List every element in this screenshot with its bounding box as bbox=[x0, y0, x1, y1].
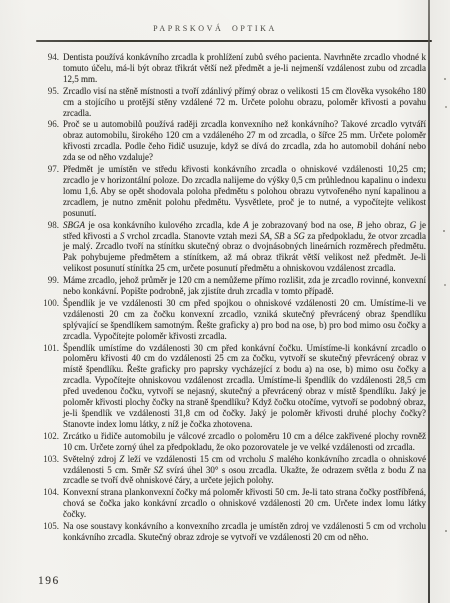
problem-text: Zrcátko u řidiče automobilu je válcové z… bbox=[63, 431, 426, 453]
problem-number: 100. bbox=[33, 298, 63, 342]
problem-number: 104. bbox=[33, 487, 63, 520]
problem-item-96: 96. Proč se u automobilů používá raději … bbox=[33, 119, 426, 163]
problem-number: 103. bbox=[33, 454, 63, 487]
problem-text: Zrcadlo visí na stěně místnosti a tvoří … bbox=[63, 86, 426, 119]
scanned-book-page: PAPRSKOVÁ OPTIKA 94. Dentista používá ko… bbox=[0, 0, 450, 603]
problem-number: 101. bbox=[33, 343, 63, 430]
running-head: PAPRSKOVÁ OPTIKA bbox=[0, 24, 430, 33]
problem-number: 105. bbox=[33, 521, 63, 543]
problem-item-94: 94. Dentista používá konkávního zrcadla … bbox=[33, 52, 426, 85]
problem-item-101: 101. Špendlík umístíme do vzdálenosti 30… bbox=[33, 343, 426, 430]
scan-edge-line bbox=[428, 0, 430, 603]
problem-text: Světelný zdroj Z leží ve vzdálenosti 15 … bbox=[63, 454, 426, 487]
problem-item-95: 95. Zrcadlo visí na stěně místnosti a tv… bbox=[33, 86, 426, 119]
problem-item-98: 98. SBGA je osa konkávního kulového zrca… bbox=[33, 220, 426, 275]
problem-item-99: 99. Máme zrcadlo, jehož průměr je 120 cm… bbox=[33, 275, 426, 297]
header-rule bbox=[36, 40, 432, 42]
scan-specks bbox=[444, 78, 446, 80]
problem-number: 97. bbox=[33, 164, 63, 219]
problem-text: Dentista používá konkávního zrcadla k pr… bbox=[63, 52, 426, 85]
problem-item-97: 97. Předmět je umístěn ve středu křivost… bbox=[33, 164, 426, 219]
problem-number: 95. bbox=[33, 86, 63, 119]
scan-edge-band bbox=[430, 0, 450, 603]
problem-number: 94. bbox=[33, 52, 63, 85]
problem-list: 94. Dentista používá konkávního zrcadla … bbox=[33, 52, 426, 544]
problem-item-102: 102. Zrcátko u řidiče automobilu je válc… bbox=[33, 431, 426, 453]
problem-number: 96. bbox=[33, 119, 63, 163]
problem-text: Špendlík umístíme do vzdálenosti 30 cm p… bbox=[63, 343, 426, 430]
problem-number: 98. bbox=[33, 220, 63, 275]
problem-text: Špendlík je ve vzdálenosti 30 cm před sp… bbox=[63, 298, 426, 342]
problem-item-103: 103. Světelný zdroj Z leží ve vzdálenost… bbox=[33, 454, 426, 487]
problem-text: Proč se u automobilů používá raději zrca… bbox=[63, 119, 426, 163]
problem-item-100: 100. Špendlík je ve vzdálenosti 30 cm př… bbox=[33, 298, 426, 342]
problem-number: 99. bbox=[33, 275, 63, 297]
problem-text: SBGA je osa konkávního kulového zrcadla,… bbox=[63, 220, 426, 275]
problem-item-104: 104. Konvexní strana plankonvexní čočky … bbox=[33, 487, 426, 520]
problem-text: Na ose soustavy konkávního a konvexního … bbox=[63, 521, 426, 543]
problem-number: 102. bbox=[33, 431, 63, 453]
problem-text: Předmět je umístěn ve středu křivosti ko… bbox=[63, 164, 426, 219]
problem-text: Máme zrcadlo, jehož průměr je 120 cm a n… bbox=[63, 275, 426, 297]
problem-text: Konvexní strana plankonvexní čočky má po… bbox=[63, 487, 426, 520]
page-number: 196 bbox=[38, 575, 60, 587]
problem-item-105: 105. Na ose soustavy konkávního a konvex… bbox=[33, 521, 426, 543]
